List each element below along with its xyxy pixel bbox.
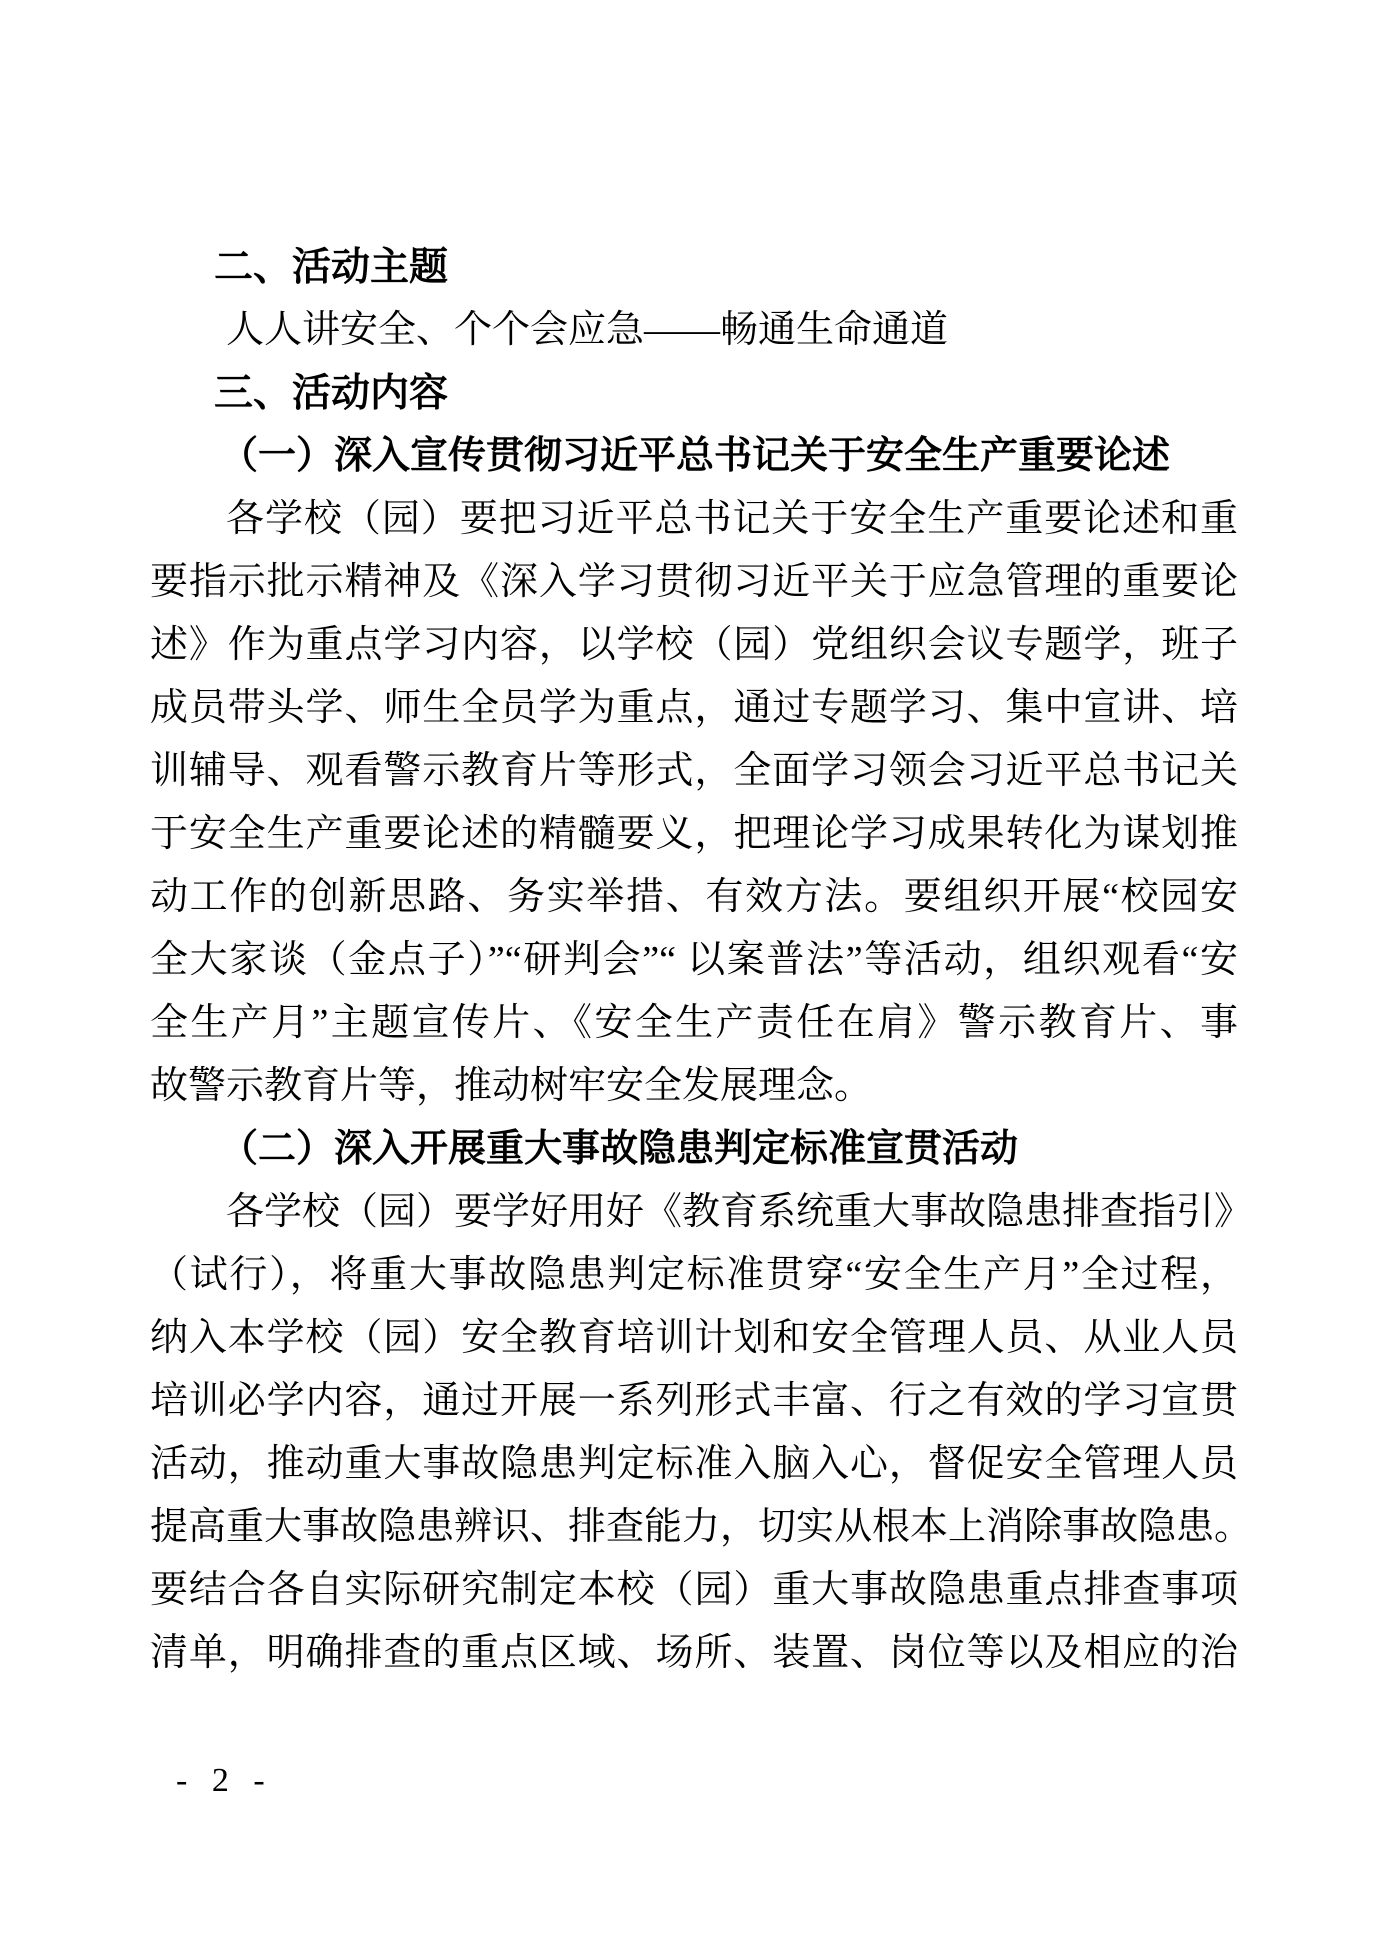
subsection-heading-1: （一）深入宣传贯彻习近平总书记关于安全生产重要论述	[150, 425, 1238, 488]
paragraph1-line: 故警示教育片等，推动树牢安全发展理念。	[150, 1055, 1238, 1118]
paragraph1-line: 述》作为重点学习内容，以学校（园）党组织会议专题学，班子	[150, 614, 1238, 677]
paragraph1-line: 于安全生产重要论述的精髓要义，把理论学习成果转化为谋划推	[150, 803, 1238, 866]
document-page: 二、活动主题 人人讲安全、个个会应急——畅通生命通道 三、活动内容 （一）深入宣…	[0, 0, 1380, 1952]
paragraph1-line: 要指示批示精神及《深入学习贯彻习近平关于应急管理的重要论	[150, 551, 1238, 614]
paragraph1-line: 全生产月”主题宣传片、《安全生产责任在肩》警示教育片、事	[150, 992, 1238, 1055]
page-number: - 2 -	[176, 1762, 273, 1800]
subsection-heading-2: （二）深入开展重大事故隐患判定标准宣贯活动	[150, 1118, 1238, 1181]
paragraph1-line: 成员带头学、师生全员学为重点，通过专题学习、集中宣讲、培	[150, 677, 1238, 740]
section-heading-activity-theme: 二、活动主题	[150, 236, 1238, 299]
document-body: 二、活动主题 人人讲安全、个个会应急——畅通生命通道 三、活动内容 （一）深入宣…	[150, 236, 1238, 1685]
paragraph2-line: （试行），将重大事故隐患判定标准贯穿“安全生产月”全过程，	[150, 1244, 1238, 1307]
paragraph2-line: 活动，推动重大事故隐患判定标准入脑入心，督促安全管理人员	[150, 1433, 1238, 1496]
paragraph1-line: 训辅导、观看警示教育片等形式，全面学习领会习近平总书记关	[150, 740, 1238, 803]
paragraph2-line: 要结合各自实际研究制定本校（园）重大事故隐患重点排查事项	[150, 1559, 1238, 1622]
paragraph2-line: 清单，明确排查的重点区域、场所、装置、岗位等以及相应的治	[150, 1622, 1238, 1685]
section-heading-activity-content: 三、活动内容	[150, 362, 1238, 425]
paragraph1-line: 动工作的创新思路、务实举措、有效方法。要组织开展“校园安	[150, 866, 1238, 929]
paragraph2-line: 提高重大事故隐患辨识、排查能力，切实从根本上消除事故隐患。	[150, 1496, 1238, 1559]
theme-text-line: 人人讲安全、个个会应急——畅通生命通道	[150, 299, 1238, 362]
paragraph1-line: 全大家谈（金点子）”“研判会”“ 以案普法”等活动，组织观看“安	[150, 929, 1238, 992]
paragraph1-line: 各学校（园）要把习近平总书记关于安全生产重要论述和重	[150, 488, 1238, 551]
paragraph2-line: 各学校（园）要学好用好《教育系统重大事故隐患排查指引》	[150, 1181, 1238, 1244]
paragraph2-line: 纳入本学校（园）安全教育培训计划和安全管理人员、从业人员	[150, 1307, 1238, 1370]
paragraph2-line: 培训必学内容，通过开展一系列形式丰富、行之有效的学习宣贯	[150, 1370, 1238, 1433]
